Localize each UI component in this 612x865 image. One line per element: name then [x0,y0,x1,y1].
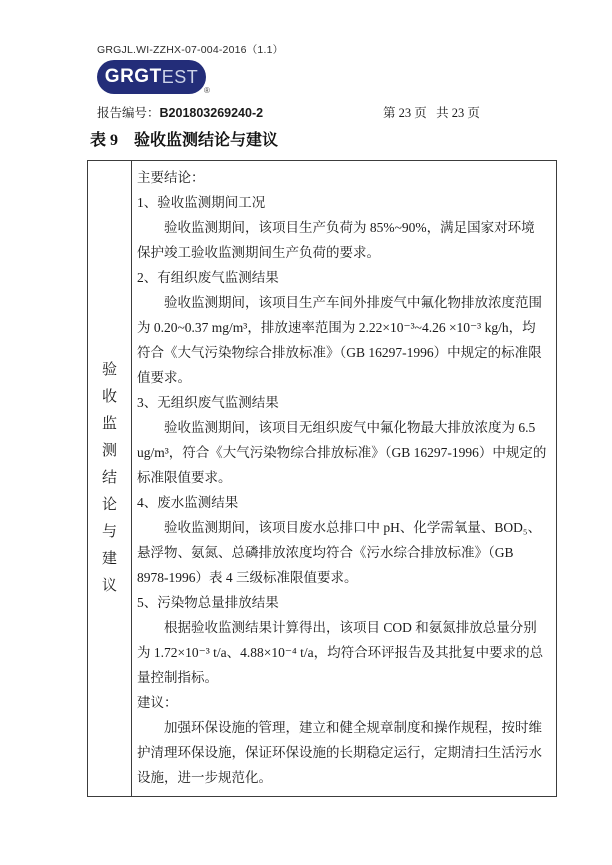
section-3-body: 验收监测期间，该项目无组织废气中氟化物最大排放浓度为 6.5 ug/m³，符合《… [137,415,548,490]
table-row-header-vertical: 验 收 监 测 结 论 与 建 议 [88,161,132,796]
logo-text-light: EST [162,67,199,88]
registered-trademark-icon: ® [204,86,210,95]
suggestion-body: 加强环保设施的管理，建立和健全规章制度和操作规程，按时维护清理环保设施，保证环保… [137,715,548,790]
row-header-char: 测 [102,444,117,459]
report-number-label: 报告编号： [97,106,160,120]
row-header-char: 收 [102,390,117,405]
section-5-body: 根据验收监测结果计算得出，该项目 COD 和氨氮排放总量分别为 1.72×10⁻… [137,615,548,690]
section-2-body: 验收监测期间，该项目生产车间外排废气中氟化物排放浓度范围为 0.20~0.37 … [137,290,548,390]
conclusion-table: 验 收 监 测 结 论 与 建 议 主要结论： 1、验收监测期间工况 验收监测期… [87,160,557,797]
report-page: GRGJL.WI-ZZHX-07-004-2016（1.1） GRGTEST ®… [0,0,612,865]
row-header-char: 与 [102,525,117,540]
row-header-char: 议 [102,579,117,594]
section-5-title: 5、污染物总量排放结果 [137,590,548,615]
row-header-char: 监 [102,417,117,432]
logo-text-bold: GRGT [105,66,162,88]
page-indicator: 第 23 页 共 23 页 [383,103,480,121]
section-4-title: 4、废水监测结果 [137,490,548,515]
document-code: GRGJL.WI-ZZHX-07-004-2016（1.1） [97,42,283,57]
section-4-body: 验收监测期间，该项目废水总排口中 pH、化学需氧量、BOD₅、悬浮物、氨氮、总磷… [137,515,548,590]
conclusion-cell: 主要结论： 1、验收监测期间工况 验收监测期间，该项目生产负荷为 85%~90%… [132,161,556,796]
report-number-row: 报告编号：B201803269240-2 [97,103,263,121]
table-caption: 表 9 验收监测结论与建议 [90,127,278,150]
section-1-body: 验收监测期间，该项目生产负荷为 85%~90%，满足国家对环境保护竣工验收监测期… [137,215,548,265]
row-header-char: 论 [102,498,117,513]
suggestion-heading: 建议： [137,690,548,715]
section-3-title: 3、无组织废气监测结果 [137,390,548,415]
grgtest-logo: GRGTEST [97,60,206,94]
section-1-title: 1、验收监测期间工况 [137,190,548,215]
report-number-value: B201803269240-2 [160,106,264,120]
row-header-char: 建 [102,552,117,567]
row-header-char: 验 [102,363,117,378]
section-2-title: 2、有组织废气监测结果 [137,265,548,290]
row-header-char: 结 [102,471,117,486]
main-conclusions-heading: 主要结论： [137,165,548,190]
